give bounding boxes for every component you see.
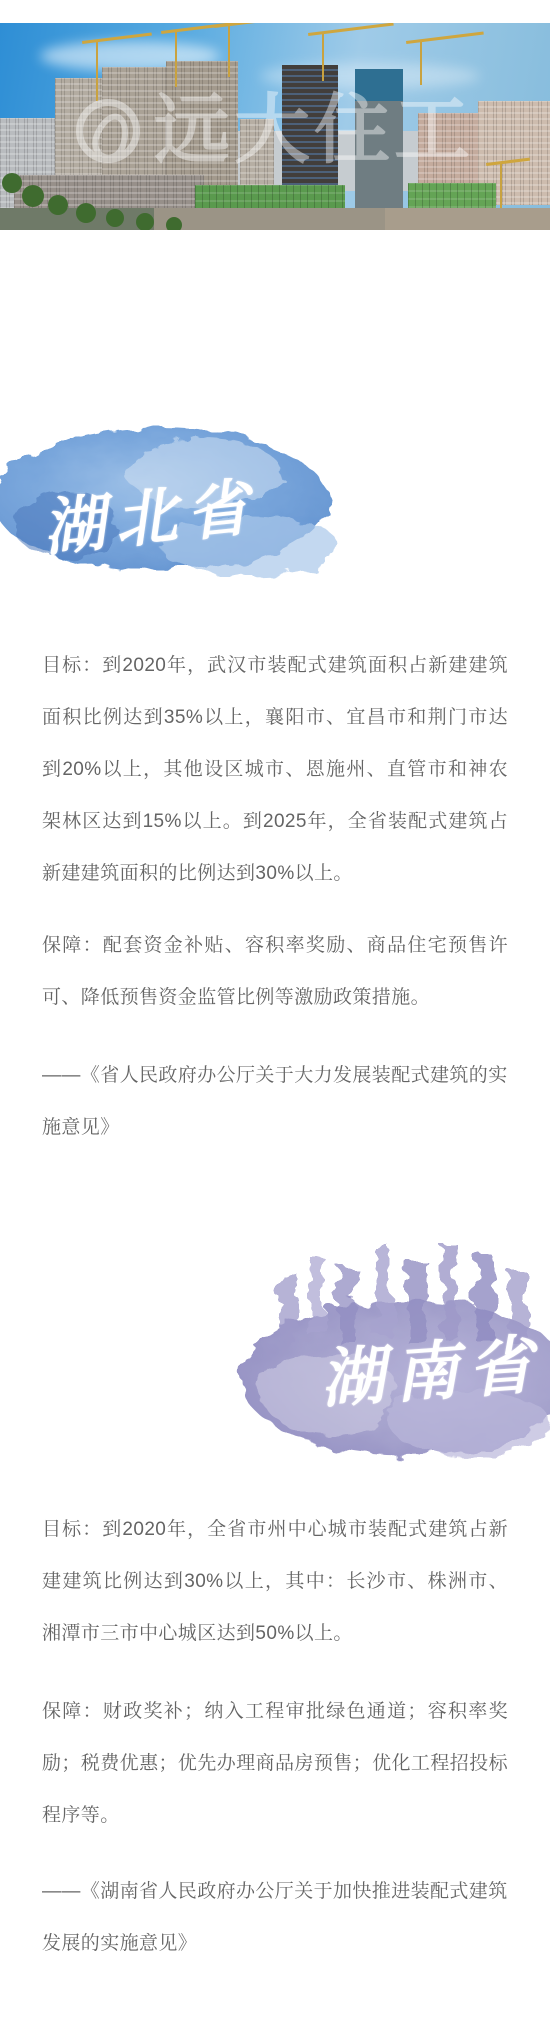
- tree-shape: [22, 185, 44, 207]
- tree-shape: [48, 195, 68, 215]
- tree-shape: [2, 173, 22, 193]
- brand-watermark-text: 远大住工: [154, 93, 474, 169]
- hunan-banner-label: 湖南省: [317, 1313, 545, 1420]
- hubei-citation: ——《省人民政府办公厅关于大力发展装配式建筑的实施意见》: [42, 1050, 508, 1154]
- tree-shape: [76, 203, 96, 223]
- tree-shape: [166, 217, 182, 230]
- hunan-banner: 湖南省: [180, 1243, 550, 1483]
- tree-shape: [136, 213, 154, 230]
- hubei-guarantee-paragraph: 保障：配套资金补贴、容积率奖励、商品住宅预售许可、降低预售资金监管比例等激励政策…: [42, 920, 508, 1024]
- hunan-target-paragraph: 目标：到2020年，全省市州中心城市装配式建筑占新建建筑比例达到30%以上，其中…: [42, 1504, 508, 1660]
- hubei-banner: 湖北省: [0, 412, 370, 597]
- brand-watermark-logo-icon: [76, 99, 140, 163]
- hero-photo: 远大住工: [0, 23, 550, 230]
- brand-watermark: 远大住工: [0, 93, 550, 169]
- hunan-guarantee-paragraph: 保障：财政奖补；纳入工程审批绿色通道；容积率奖励；税费优惠；优先办理商品房预售；…: [42, 1686, 508, 1842]
- hunan-citation: ——《湖南省人民政府办公厅关于加快推进装配式建筑发展的实施意见》: [42, 1866, 508, 1970]
- article-page: 远大住工 湖北省: [0, 0, 550, 2019]
- tree-shape: [106, 209, 124, 227]
- hubei-target-paragraph: 目标：到2020年，武汉市装配式建筑面积占新建建筑面积比例达到35%以上，襄阳市…: [42, 640, 508, 900]
